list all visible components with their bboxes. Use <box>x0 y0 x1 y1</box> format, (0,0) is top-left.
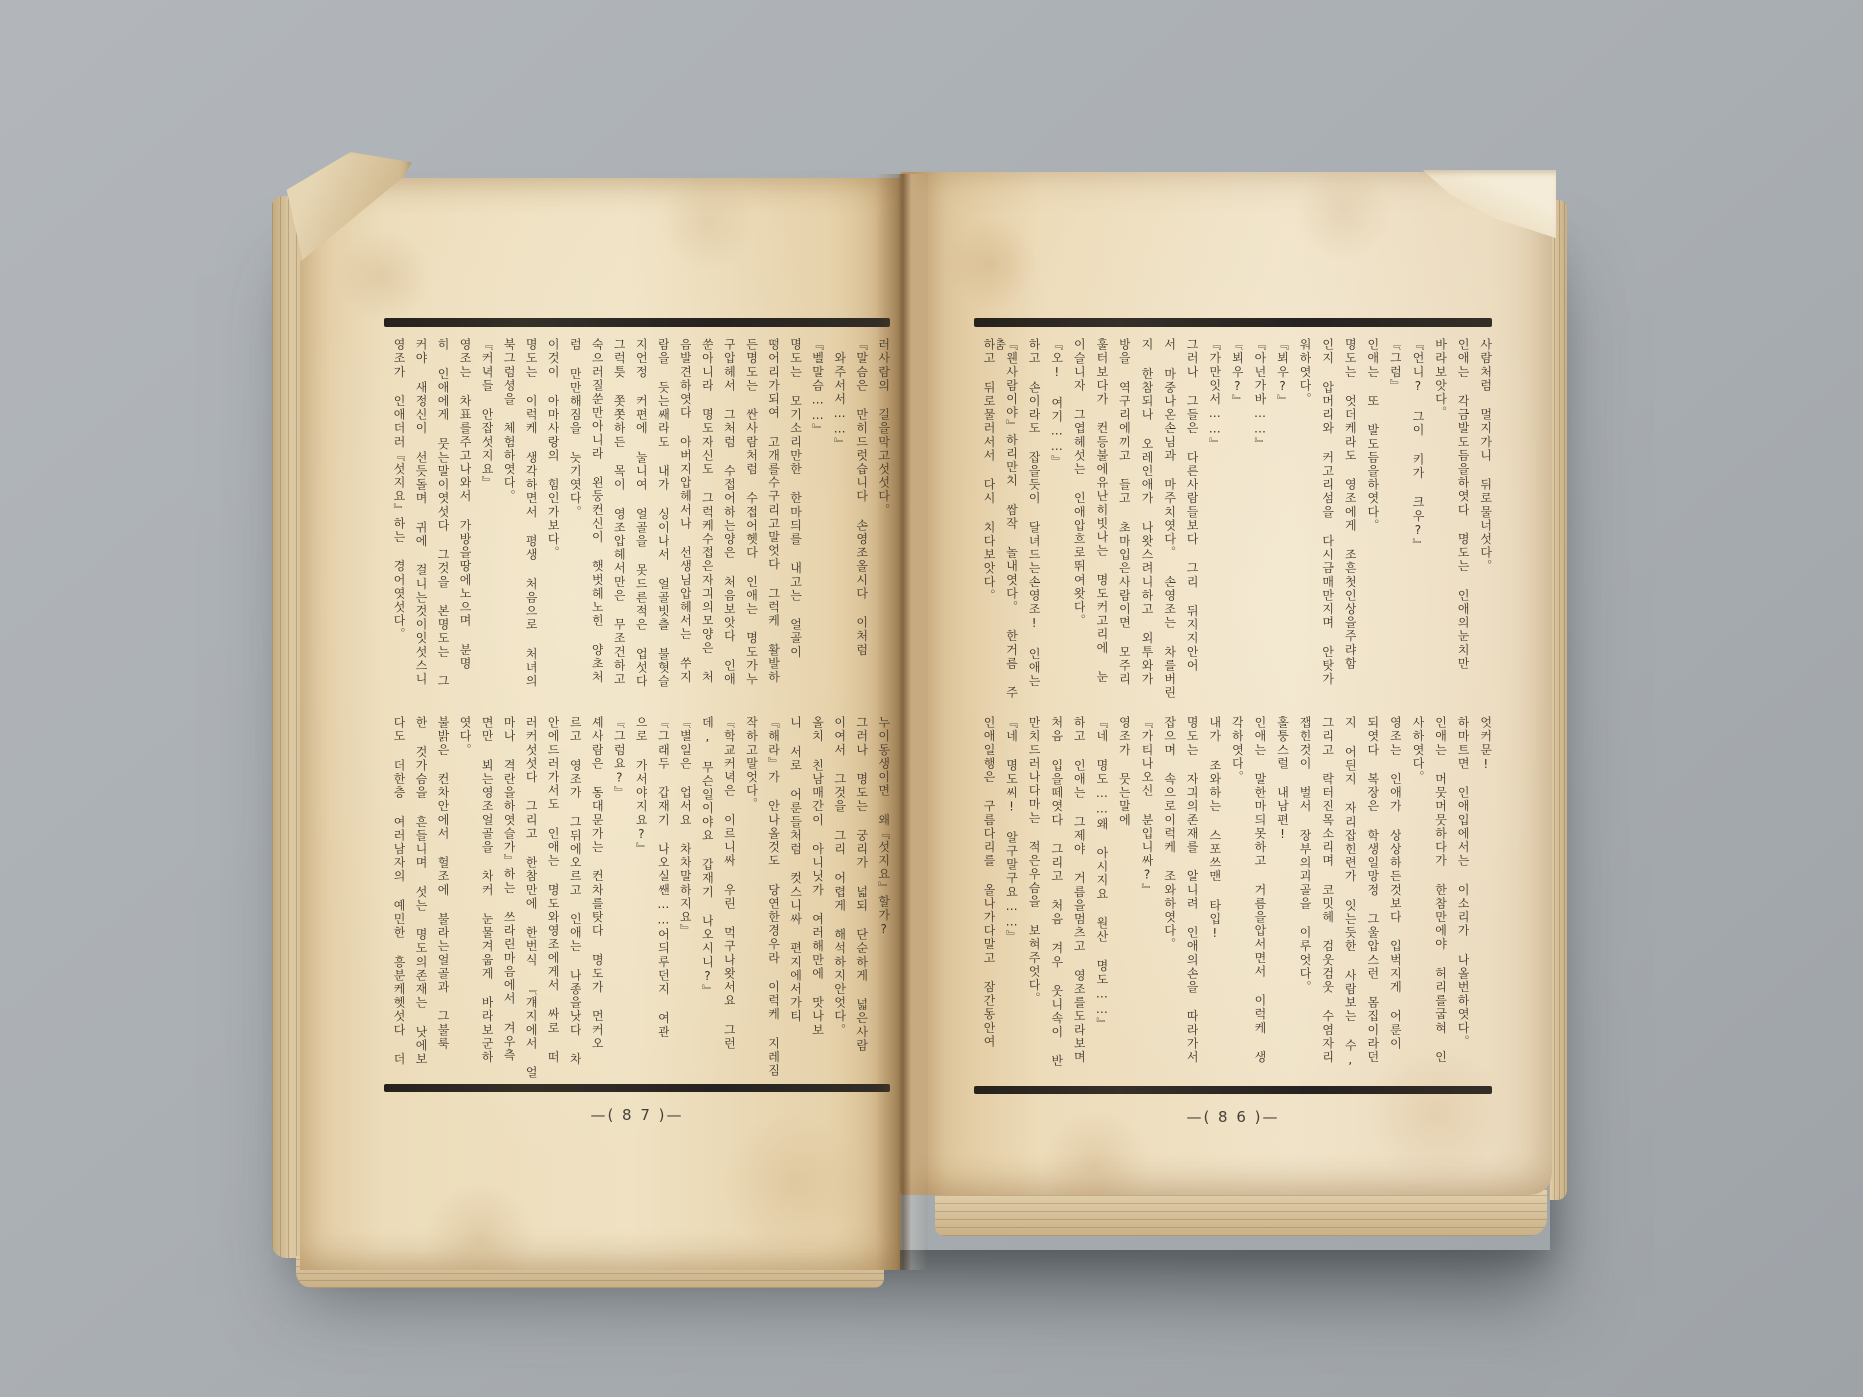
left-page: 러사람의 길을막고섯섯다。『말슴은 만히드럿습니다 손영조올시다 이처럼 와주서… <box>300 178 900 1270</box>
text-column: 처음 입을떼엿다 그리고 처음 겨우 웃니속이 반 <box>1042 716 1063 1080</box>
text-column: 『학교커녁은 이르니싸 우린 먹구나왓서요 그런 <box>714 716 735 1080</box>
text-column: 하고 인애는 그제야 거름을멈츠고 영조를도라보며 <box>1064 716 1085 1080</box>
text-column: 인애는 또 발도듬을하엿다。 <box>1358 338 1379 700</box>
torn-corner-top-right <box>1408 170 1556 262</box>
text-column: 『언니? 그이 키가 크우?』 <box>1403 338 1424 700</box>
text-column: 지 한참되나 오레인애가 나왓스려니하고 외투와가 <box>1132 338 1153 700</box>
text-column: 그럭틋 쫏쫏하든 목이 영조압헤서만은 무조건하고 <box>604 338 625 700</box>
text-column: 명도는 엇더케라도 영조에게 조흔첫인상을주랴함 <box>1335 338 1356 700</box>
text-column: 워하엿다。 <box>1290 338 1311 700</box>
text-column: 하고 뒤로물러서서 다시 치다보앗다。 <box>974 338 995 700</box>
text-column: 바라보앗다。 <box>1426 338 1447 700</box>
text-column: 안에드러가서도 인애는 명도와영조에게서 싸로 떠 <box>538 716 559 1080</box>
gutter-shadow <box>876 174 928 1270</box>
text-column: 만치드러나다마는 적은우슴을 보혀주엇다。 <box>1019 716 1040 1080</box>
text-column: 명도는 자긔의존재를 알니려 인애의손을 따라가서 <box>1177 716 1198 1080</box>
text-column: 『네 명도씨! 알구말구요……』 <box>997 716 1018 1080</box>
text-column: 『뵈우?』 <box>1222 338 1243 700</box>
text-column: 『가티나오신 분입니싸?』 <box>1132 716 1153 1080</box>
text-column: 불밝은 컨차안에서 헐조에 불라는얼골과 그불룩 <box>428 716 449 1080</box>
text-column: 이슬니자 그엽헤섯는 인애압흐로뛰여왓다。 <box>1064 338 1085 700</box>
text-column: 『네 명도……왜 아시지요 원산 명도……』 <box>1087 716 1108 1080</box>
text-column: 하고 손이라도 잡을듯이 달녀드는손영조! 인애는 <box>1019 338 1040 700</box>
text-column: 홀퉁스럴 내남편! <box>1268 716 1289 1080</box>
text-column: 그리고 락터진목소리며 코밋헤 검웃검웃 수염자리 <box>1313 716 1334 1080</box>
text-column: 북그럼셩을 체험하엿다。 <box>494 338 515 700</box>
text-column: 이여서 그것을 그리 어렵게 해석하지안엇다。 <box>825 716 846 1080</box>
text-column: 명도는 모기소리만한 한마듸를 내고는 얼골이 <box>781 338 802 700</box>
text-column: 영조가 뭇는말에 <box>1109 716 1130 1080</box>
text-column: 인애는 머뭇머뭇하다가 한참만에야 허리를굽혀 인 <box>1426 716 1447 1080</box>
text-column: 되엿다 복장은 학생일망정 그울압스런 몸집이라던 <box>1358 716 1379 1080</box>
text-column: 숙으러질쑨만아니라 왼둥컨신이 햇벗헤노힌 양초처 <box>582 338 603 700</box>
text-column: 명도는 이럭케 생각하면서 평생 처음으로 처녀의 <box>516 338 537 700</box>
text-column: 영조는 인애가 상상하든것보다 입벅지게 어룬이 <box>1380 716 1401 1080</box>
text-column: 러커섯섯다 그리고 한참만에 한번식 『걔지에서 얼 <box>516 716 537 1080</box>
text-column: 사하엿다。 <box>1403 716 1424 1080</box>
text-column: 『벨말슴……』 <box>803 338 824 700</box>
text-column: 『별일은 업서요 차차말하지요』 <box>670 716 691 1080</box>
text-column: 영조는 차표를주고나와서 가방을땅에노으며 분명 <box>450 338 471 700</box>
text-column: 서 마중나온손님과 마주치엿다。 손영조는 차를버린 <box>1155 338 1176 700</box>
text-column: 인지 압머리와 커고리섬을 다시금매만지며 안탓가 <box>1313 338 1334 700</box>
text-column: 『그래두 갑재기 나오실쌘……어듸루던지 여관 <box>648 716 669 1080</box>
text-band-bottom: 누이동생이면 왜『섯지요』할가?그러나 명도는 궁리가 넓되 단순하게 넓은사람… <box>384 716 890 1080</box>
page-number: —( 8 6 )— <box>974 1108 1492 1126</box>
page-number: —( 8 7 )— <box>384 1106 890 1124</box>
text-column: 영조가 인애더러『섯지요』하는 경어엿섯다。 <box>384 338 405 700</box>
text-column: 데, 무슨일이야요 갑재기 나오시니?』 <box>692 716 713 1080</box>
text-column: 그러나 명도는 궁리가 넓되 단순하게 넓은사람 <box>847 716 868 1080</box>
text-column: 올치 친남매간이 아니닛가 여러해만에 맛나보 <box>803 716 824 1080</box>
text-column: 『말슴은 만히드럿습니다 손영조올시다 이처럼 <box>847 338 868 700</box>
text-column: 『가만잇서……』 <box>1200 338 1221 700</box>
text-column: 『아넌가바……』 <box>1245 338 1266 700</box>
text-column: 럼 만만해짐을 늣기엿다。 <box>560 338 581 700</box>
text-band-top: 러사람의 길을막고섯섯다。『말슴은 만히드럿습니다 손영조올시다 이처럼 와주서… <box>384 338 890 700</box>
text-column: 훌터보다가 컨등불에유난히빗나는 명도커고리에 눈 <box>1087 338 1108 700</box>
right-page: 사람처럼 멀지가니 뒤로물너섯다。인애는 각금발도듬을하엿다 명도는 인애의눈치… <box>900 172 1552 1195</box>
text-band-top: 사람처럼 멀지가니 뒤로물너섯다。인애는 각금발도듬을하엿다 명도는 인애의눈치… <box>974 338 1492 700</box>
text-column: 떵어리가되여 고개를수구리고말엇다 그럭케 활발하 <box>759 338 780 700</box>
text-column: 니 서로 어룬들처럼 컷스니싸 편지에서가티 <box>781 716 802 1080</box>
text-column: 으로 가서야지요?』 <box>626 716 647 1080</box>
top-rule <box>384 318 890 327</box>
photo-background: 러사람의 길을막고섯섯다。『말슴은 만히드럿습니다 손영조올시다 이처럼 와주서… <box>0 0 1863 1397</box>
text-column: 마나 격란을하엿슬가』하는 쓰라린마음에서 겨우측 <box>494 716 515 1080</box>
text-column: 잡으며 속으로이럭케 조와하엿다。 <box>1155 716 1176 1080</box>
text-column: 르고 영조가 그뒤에오르고 인애는 나종을낫다 차 <box>560 716 581 1080</box>
top-rule <box>974 318 1492 327</box>
text-column: 지 어듼지 자리잡힌련가 잇는듯한 사람보는 수, <box>1335 716 1356 1080</box>
text-column: 든명도는 싼사람처럼 수접어헷다 인애는 명도가누 <box>737 338 758 700</box>
text-column: 다도 더한층 여러남자의 예민한 흥분케헷섯다 더 <box>384 716 405 1080</box>
text-column: 『그럼요?』 <box>604 716 625 1080</box>
text-column: 『커녁들 안잡섯지요』 <box>472 338 493 700</box>
text-column: 인애일행은 구름다리를 올나가다말고 잠간동안여 <box>974 716 995 1080</box>
text-column: 음발견하엿다 아버지압헤서나 선생님압헤서는 쑤지 <box>670 338 691 700</box>
text-column: 잽힌것이 벌서 장부의괴골을 이루엇다。 <box>1290 716 1311 1080</box>
text-column: 엇커문! <box>1471 716 1492 1080</box>
text-column: 그러나 그들은 다른사람들보다 그리 뒤지지안어 <box>1177 338 1198 700</box>
text-column: 한 것가슴을 흔들니며 섯는 명도의존재는 낫에보 <box>406 716 427 1080</box>
text-column: 사람처럼 멀지가니 뒤로물너섯다。 <box>1471 338 1492 700</box>
text-column: 쑨아니라 명도자신도 그럭케수접은자긔의모양은 처 <box>692 338 713 700</box>
text-column: 엿다。 <box>450 716 471 1080</box>
text-column: 『웬사람이야』하리만치 쌈작 놀내엿다。 한거름 주춤 <box>997 338 1018 700</box>
text-band-bottom: 엇커문!하마트면 인애입에서는 이소리가 나올번하엿다。인애는 머뭇머뭇하다가 … <box>974 716 1492 1080</box>
text-column: 내가 조와하는 스포쓰맨 타입! <box>1200 716 1221 1080</box>
text-column: 면만 뵈는영조얼골을 차커 눈물겨웁게 바라보군하 <box>472 716 493 1080</box>
text-column: 방을 역구리에끼고 들고 초마입은사람이면 모주리 <box>1109 338 1130 700</box>
text-column: 히 인애에게 뭇는말이엿섯다 그것을 본명도는 그 <box>428 338 449 700</box>
text-column: 셰사람은 동대문가는 컨차를탓다 명도가 먼커오 <box>582 716 603 1080</box>
text-column: 작하고말엇다。 <box>737 716 758 1080</box>
text-column: 『오! 여기……』 <box>1042 338 1063 700</box>
text-column: 『해라』가 안나올것도 당연한경우라 이럭케 지레짐 <box>759 716 780 1080</box>
text-column: 구압헤서 그처럼 수접어하는양은 처음보앗다 인애 <box>714 338 735 700</box>
text-column: 『그럼』 <box>1380 338 1401 700</box>
text-column: 『뵈우?』 <box>1268 338 1289 700</box>
text-column: 이것이 아마사랑의 힘인가보다。 <box>538 338 559 700</box>
text-column: 커야 새정신이 선듯돌며 귀에 걸니는것이잇섯스니 <box>406 338 427 700</box>
text-column: 와주서서……』 <box>825 338 846 700</box>
text-column: 인애는 말한마듸못하고 거름을압서면서 이럭케 생 <box>1245 716 1266 1080</box>
bottom-rule <box>384 1084 890 1092</box>
text-column: 하마트면 인애입에서는 이소리가 나올번하엿다。 <box>1448 716 1469 1080</box>
text-column: 인애는 각금발도듬을하엿다 명도는 인애의눈치만 <box>1448 338 1469 700</box>
text-column: 지언정 커편에 눌니여 얼골을 못드른적은 업섯다 <box>626 338 647 700</box>
page-edge-stack-bottom-right <box>935 1190 1547 1236</box>
text-column: 람을 듯는쌔라도 내가 싱이나서 얼골빗츨 불혓슬 <box>648 338 669 700</box>
bottom-rule <box>974 1086 1492 1094</box>
text-column: 각하엿다。 <box>1222 716 1243 1080</box>
